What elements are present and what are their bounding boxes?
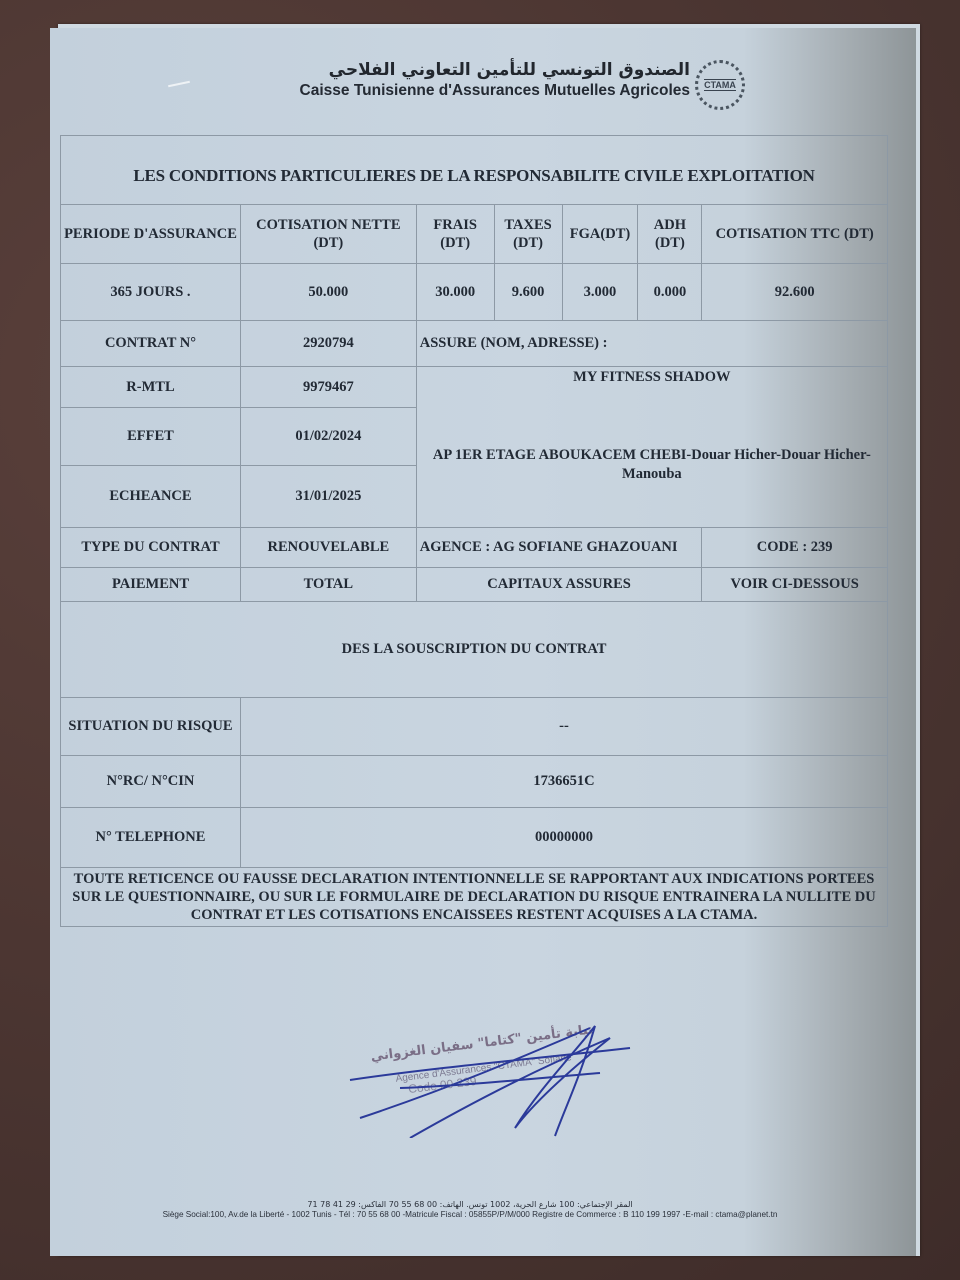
contrat-value: 2920794	[240, 321, 416, 367]
cotisation-nette-value: 50.000	[240, 264, 416, 321]
paiement-value: TOTAL	[240, 568, 416, 602]
form-title: LES CONDITIONS PARTICULIERES DE LA RESPO…	[61, 136, 888, 205]
frais-value: 30.000	[416, 264, 494, 321]
col-periode: PERIODE D'ASSURANCE	[61, 205, 241, 264]
assure-address: AP 1ER ETAGE ABOUKACEM CHEBI-Douar Hiche…	[420, 446, 884, 484]
col-fga: FGA(DT)	[562, 205, 638, 264]
company-header: الصندوق التونسي للتأمين التعاوني الفلاحي…	[230, 60, 690, 100]
company-name-french: Caisse Tunisienne d'Assurances Mutuelles…	[230, 82, 690, 100]
echeance-value: 31/01/2025	[240, 466, 416, 528]
periode-value: 365 JOURS .	[61, 264, 241, 321]
footer-french: Siège Social:100, Av.de la Liberté - 100…	[60, 1210, 880, 1221]
agence: AGENCE : AG SOFIANE GHAZOUANI	[416, 528, 702, 568]
col-frais: FRAIS (DT)	[416, 205, 494, 264]
situation-value: --	[240, 698, 887, 756]
agence-code: CODE : 239	[702, 528, 888, 568]
echeance-label: ECHEANCE	[61, 466, 241, 528]
assure-label: ASSURE (NOM, ADRESSE) :	[416, 321, 887, 367]
insurance-document: الصندوق التونسي للتأمين التعاوني الفلاحي…	[50, 28, 916, 1256]
fga-value: 3.000	[562, 264, 638, 321]
capitaux-label: CAPITAUX ASSURES	[416, 568, 702, 602]
col-taxes: TAXES (DT)	[494, 205, 562, 264]
rc-cin-value: 1736651C	[240, 756, 887, 808]
warning-text: TOUTE RETICENCE OU FAUSSE DECLARATION IN…	[61, 868, 888, 927]
conditions-table: LES CONDITIONS PARTICULIERES DE LA RESPO…	[60, 135, 888, 927]
rc-cin-label: N°RC/ N°CIN	[61, 756, 241, 808]
taxes-value: 9.600	[494, 264, 562, 321]
assure-details: MY FITNESS SHADOW AP 1ER ETAGE ABOUKACEM…	[416, 367, 887, 528]
capitaux-value: VOIR CI-DESSOUS	[702, 568, 888, 602]
rmtl-label: R-MTL	[61, 367, 241, 408]
footer-arabic: المقر الإجتماعي: 100 شارع الحرية، 1002 ت…	[60, 1200, 880, 1210]
type-contrat-label: TYPE DU CONTRAT	[61, 528, 241, 568]
ctama-logo-icon: CTAMA	[695, 60, 745, 110]
adh-value: 0.000	[638, 264, 702, 321]
col-cotisation-ttc: COTISATION TTC (DT)	[702, 205, 888, 264]
col-adh: ADH (DT)	[638, 205, 702, 264]
type-contrat-value: RENOUVELABLE	[240, 528, 416, 568]
paiement-label: PAIEMENT	[61, 568, 241, 602]
situation-label: SITUATION DU RISQUE	[61, 698, 241, 756]
souscription-note: DES LA SOUSCRIPTION DU CONTRAT	[61, 602, 888, 698]
company-footer: المقر الإجتماعي: 100 شارع الحرية، 1002 ت…	[60, 1200, 880, 1221]
assure-name: MY FITNESS SHADOW	[420, 369, 884, 386]
telephone-value: 00000000	[240, 808, 887, 868]
effet-label: EFFET	[61, 408, 241, 466]
signature-icon	[340, 1018, 640, 1138]
contrat-label: CONTRAT N°	[61, 321, 241, 367]
cotisation-ttc-value: 92.600	[702, 264, 888, 321]
rmtl-value: 9979467	[240, 367, 416, 408]
company-name-arabic: الصندوق التونسي للتأمين التعاوني الفلاحي	[230, 60, 690, 80]
col-cotisation-nette: COTISATION NETTE (DT)	[240, 205, 416, 264]
effet-value: 01/02/2024	[240, 408, 416, 466]
telephone-label: N° TELEPHONE	[61, 808, 241, 868]
staple-mark	[168, 81, 190, 88]
